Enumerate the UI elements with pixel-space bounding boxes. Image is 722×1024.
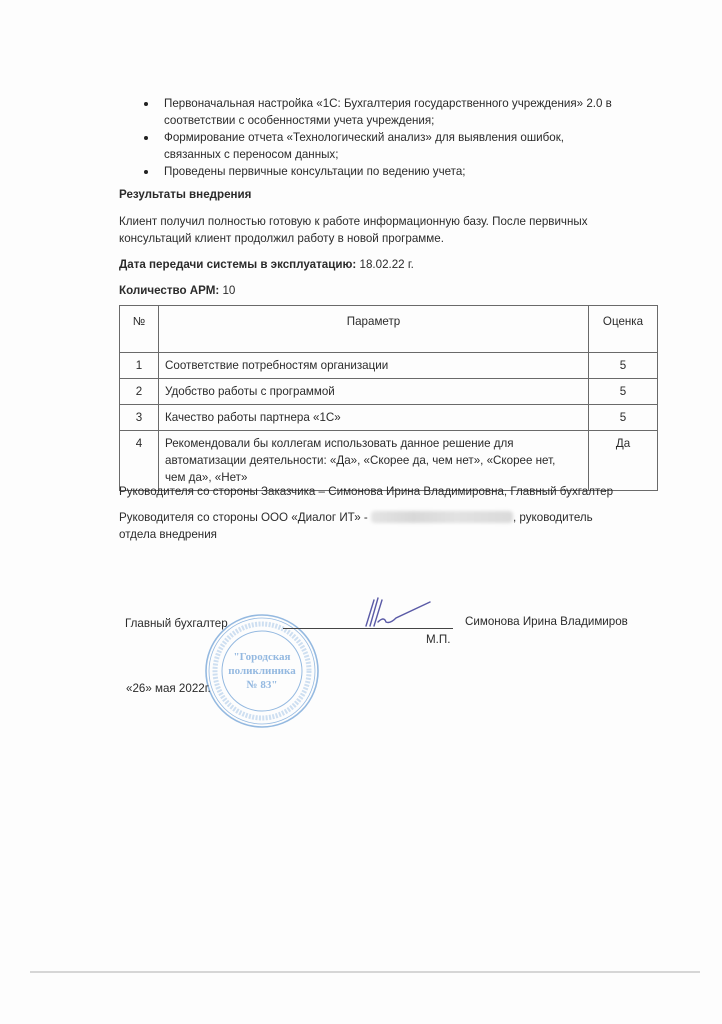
row-score: 5 — [589, 379, 658, 405]
signature-date: «26» мая 2022г. — [126, 680, 211, 697]
stamp-text-line-3: № 83" — [247, 679, 278, 691]
stamp-text-line-2: поликлиника — [228, 665, 296, 677]
table-row: 4 Рекомендовали бы коллегам использовать… — [120, 431, 658, 491]
list-item-line: Проведены первичные консультации по веде… — [164, 163, 660, 180]
row-parameter: Рекомендовали бы коллегам использовать д… — [159, 431, 589, 491]
header-parameter: Параметр — [159, 306, 589, 353]
row-no: 2 — [120, 379, 159, 405]
list-item: Первоначальная настройка «1С: Бухгалтери… — [140, 95, 660, 129]
implementation-steps-list: Первоначальная настройка «1С: Бухгалтери… — [140, 95, 660, 180]
vendor-lead-suffix: , руководитель — [513, 511, 593, 524]
signatory-position: Главный бухгалтер — [125, 615, 228, 632]
vendor-lead-prefix: Руководителя со стороны ООО «Диалог ИТ» … — [119, 511, 368, 524]
workstation-count-value: 10 — [219, 284, 235, 297]
handover-date: Дата передачи системы в эксплуатацию: 18… — [119, 256, 414, 273]
handwritten-signature-icon — [360, 592, 440, 632]
table-row: 3 Качество работы партнера «1С» 5 — [120, 405, 658, 431]
row-parameter: Соответствие потребностям организации — [159, 353, 589, 379]
workstation-count: Количество АРМ: 10 — [119, 282, 235, 299]
vendor-lead-line-2: отдела внедрения — [119, 526, 217, 543]
row-score: 5 — [589, 405, 658, 431]
redacted-name — [371, 511, 513, 523]
list-item: Формирование отчета «Технологический ана… — [140, 129, 660, 163]
row-no: 4 — [120, 431, 159, 491]
list-item-line: соответствии с особенностями учета учреж… — [164, 112, 660, 129]
customer-lead: Руководителя со стороны Заказчика – Симо… — [119, 483, 613, 500]
signatory-name: Симонова Ирина Владимиров — [465, 613, 628, 630]
vendor-lead-line-1: Руководителя со стороны ООО «Диалог ИТ» … — [119, 509, 593, 526]
seal-mark: М.П. — [426, 631, 450, 648]
page-bottom-rule — [30, 971, 700, 973]
header-no: № — [120, 306, 159, 353]
row-no: 1 — [120, 353, 159, 379]
table-row: 1 Соответствие потребностям организации … — [120, 353, 658, 379]
results-heading: Результаты внедрения — [119, 186, 251, 203]
list-item-line: связанных с переносом данных; — [164, 146, 660, 163]
evaluation-table: № Параметр Оценка 1 Соответствие потребн… — [119, 305, 658, 491]
row-score: 5 — [589, 353, 658, 379]
results-paragraph-line-1: Клиент получил полностью готовую к работ… — [119, 213, 588, 230]
list-item-line: Формирование отчета «Технологический ана… — [164, 129, 660, 146]
stamp-text-line-1: "Городская — [233, 651, 290, 663]
row-no: 3 — [120, 405, 159, 431]
row-score: Да — [589, 431, 658, 491]
list-item: Проведены первичные консультации по веде… — [140, 163, 660, 180]
row-parameter: Качество работы партнера «1С» — [159, 405, 589, 431]
handover-date-value: 18.02.22 г. — [356, 258, 414, 271]
row-parameter: Удобство работы с программой — [159, 379, 589, 405]
handover-date-label: Дата передачи системы в эксплуатацию: — [119, 258, 356, 271]
list-item-line: Первоначальная настройка «1С: Бухгалтери… — [164, 95, 660, 112]
workstation-count-label: Количество АРМ: — [119, 284, 219, 297]
table-row: 2 Удобство работы с программой 5 — [120, 379, 658, 405]
table-header-row: № Параметр Оценка — [120, 306, 658, 353]
results-paragraph-line-2: консультаций клиент продолжил работу в н… — [119, 230, 444, 247]
header-score: Оценка — [589, 306, 658, 353]
